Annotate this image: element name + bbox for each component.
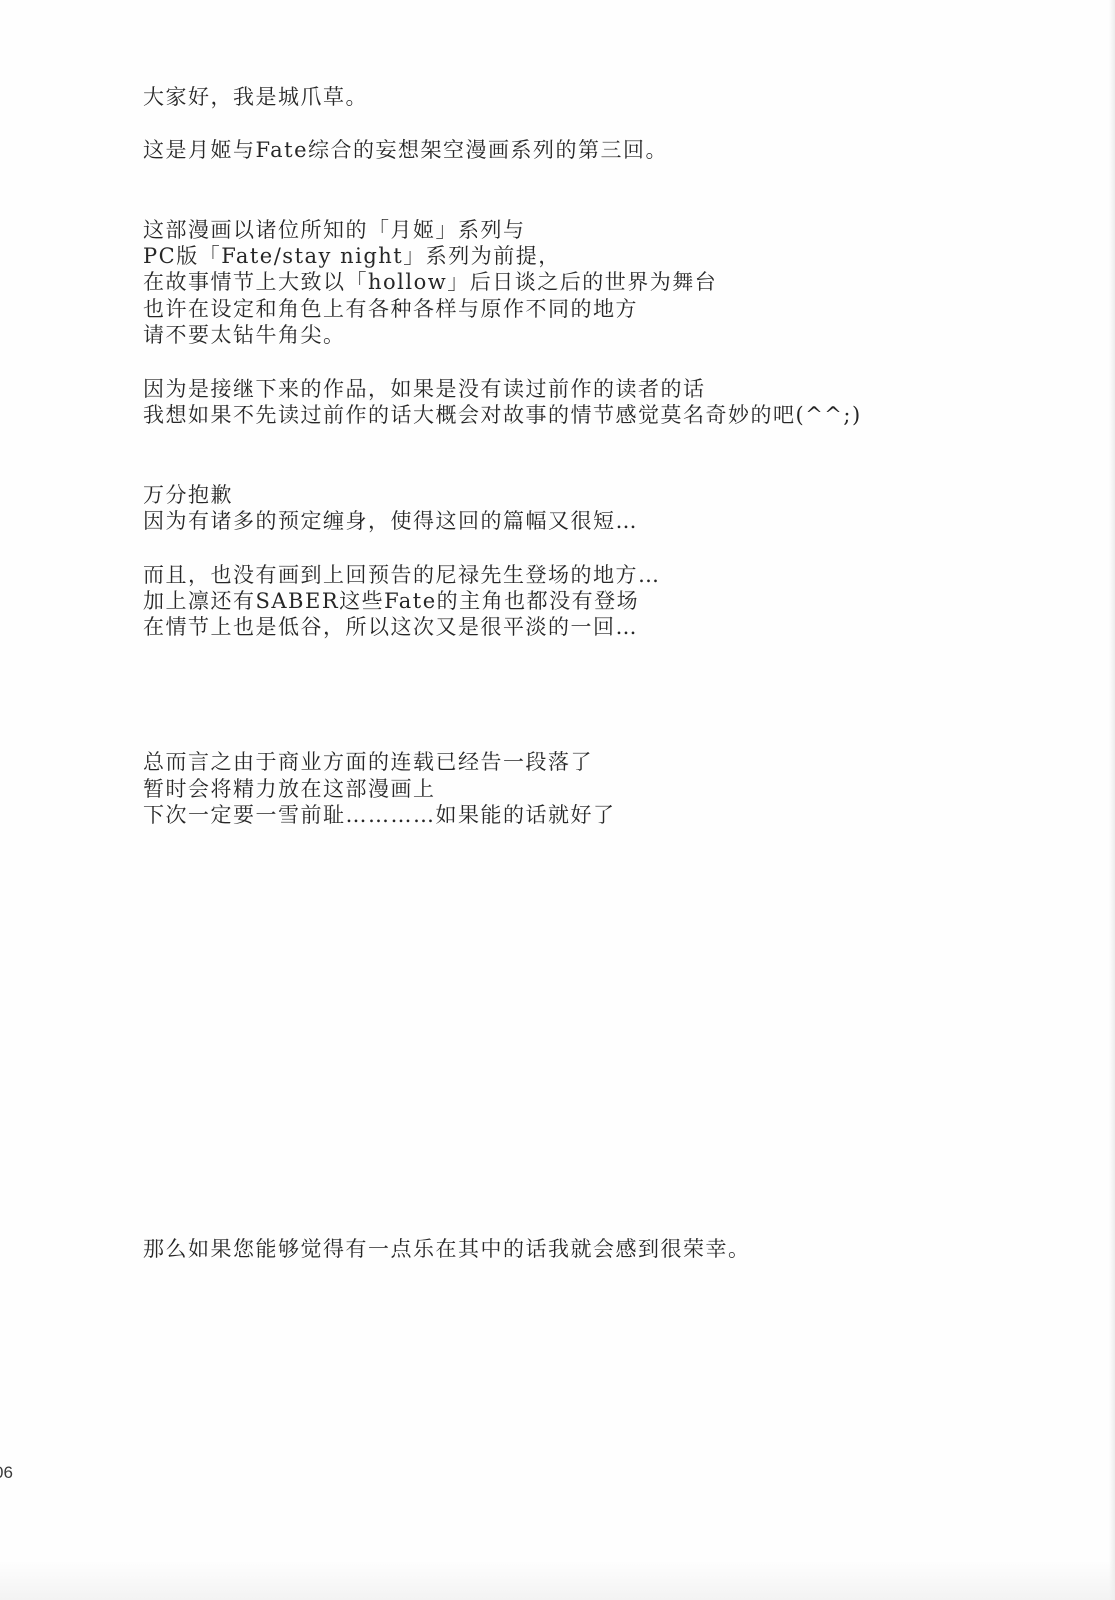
premise-line-4: 也许在设定和角色上有各种各样与原作不同的地方	[143, 296, 638, 322]
page-number: 06	[0, 1463, 13, 1483]
premise-line-1: 这部漫画以诸位所知的「月姬」系列与	[143, 217, 526, 243]
apology-line-2: 因为有诸多的预定缠身，使得这回的篇幅又很短…	[143, 508, 638, 534]
closing-line-3: 下次一定要一雪前耻…………如果能的话就好了	[143, 802, 616, 828]
closing-line-2: 暂时会将精力放在这部漫画上	[143, 776, 436, 802]
scan-edge-shadow-right	[1109, 0, 1115, 1600]
premise-line-5: 请不要太钻牛角尖。	[143, 322, 346, 348]
sequel-note-line-1: 因为是接继下来的作品，如果是没有读过前作的读者的话	[143, 376, 706, 402]
final-message-line: 那么如果您能够觉得有一点乐在其中的话我就会感到很荣幸。	[143, 1236, 751, 1262]
content-note-line-3: 在情节上也是低谷，所以这次又是很平淡的一回…	[143, 614, 638, 640]
closing-line-1: 总而言之由于商业方面的连载已经告一段落了	[143, 749, 593, 775]
apology-line-1: 万分抱歉	[143, 482, 233, 508]
sequel-note-line-2: 我想如果不先读过前作的话大概会对故事的情节感觉莫名奇妙的吧(^^;)	[143, 402, 862, 428]
document-page: 大家好，我是城爪草。 这是月姬与Fate综合的妄想架空漫画系列的第三回。 这部漫…	[0, 0, 1115, 1600]
scan-edge-shadow-bottom	[0, 1560, 1115, 1600]
premise-line-2: PC版「Fate/stay night」系列为前提，	[143, 243, 561, 269]
premise-line-3: 在故事情节上大致以「hollow」后日谈之后的世界为舞台	[143, 269, 717, 295]
greeting-line: 大家好，我是城爪草。	[143, 84, 368, 110]
content-note-line-2: 加上凛还有SABER这些Fate的主角也都没有登场	[143, 588, 639, 614]
intro-line: 这是月姬与Fate综合的妄想架空漫画系列的第三回。	[143, 137, 668, 163]
content-note-line-1: 而且，也没有画到上回预告的尼禄先生登场的地方…	[143, 562, 661, 588]
